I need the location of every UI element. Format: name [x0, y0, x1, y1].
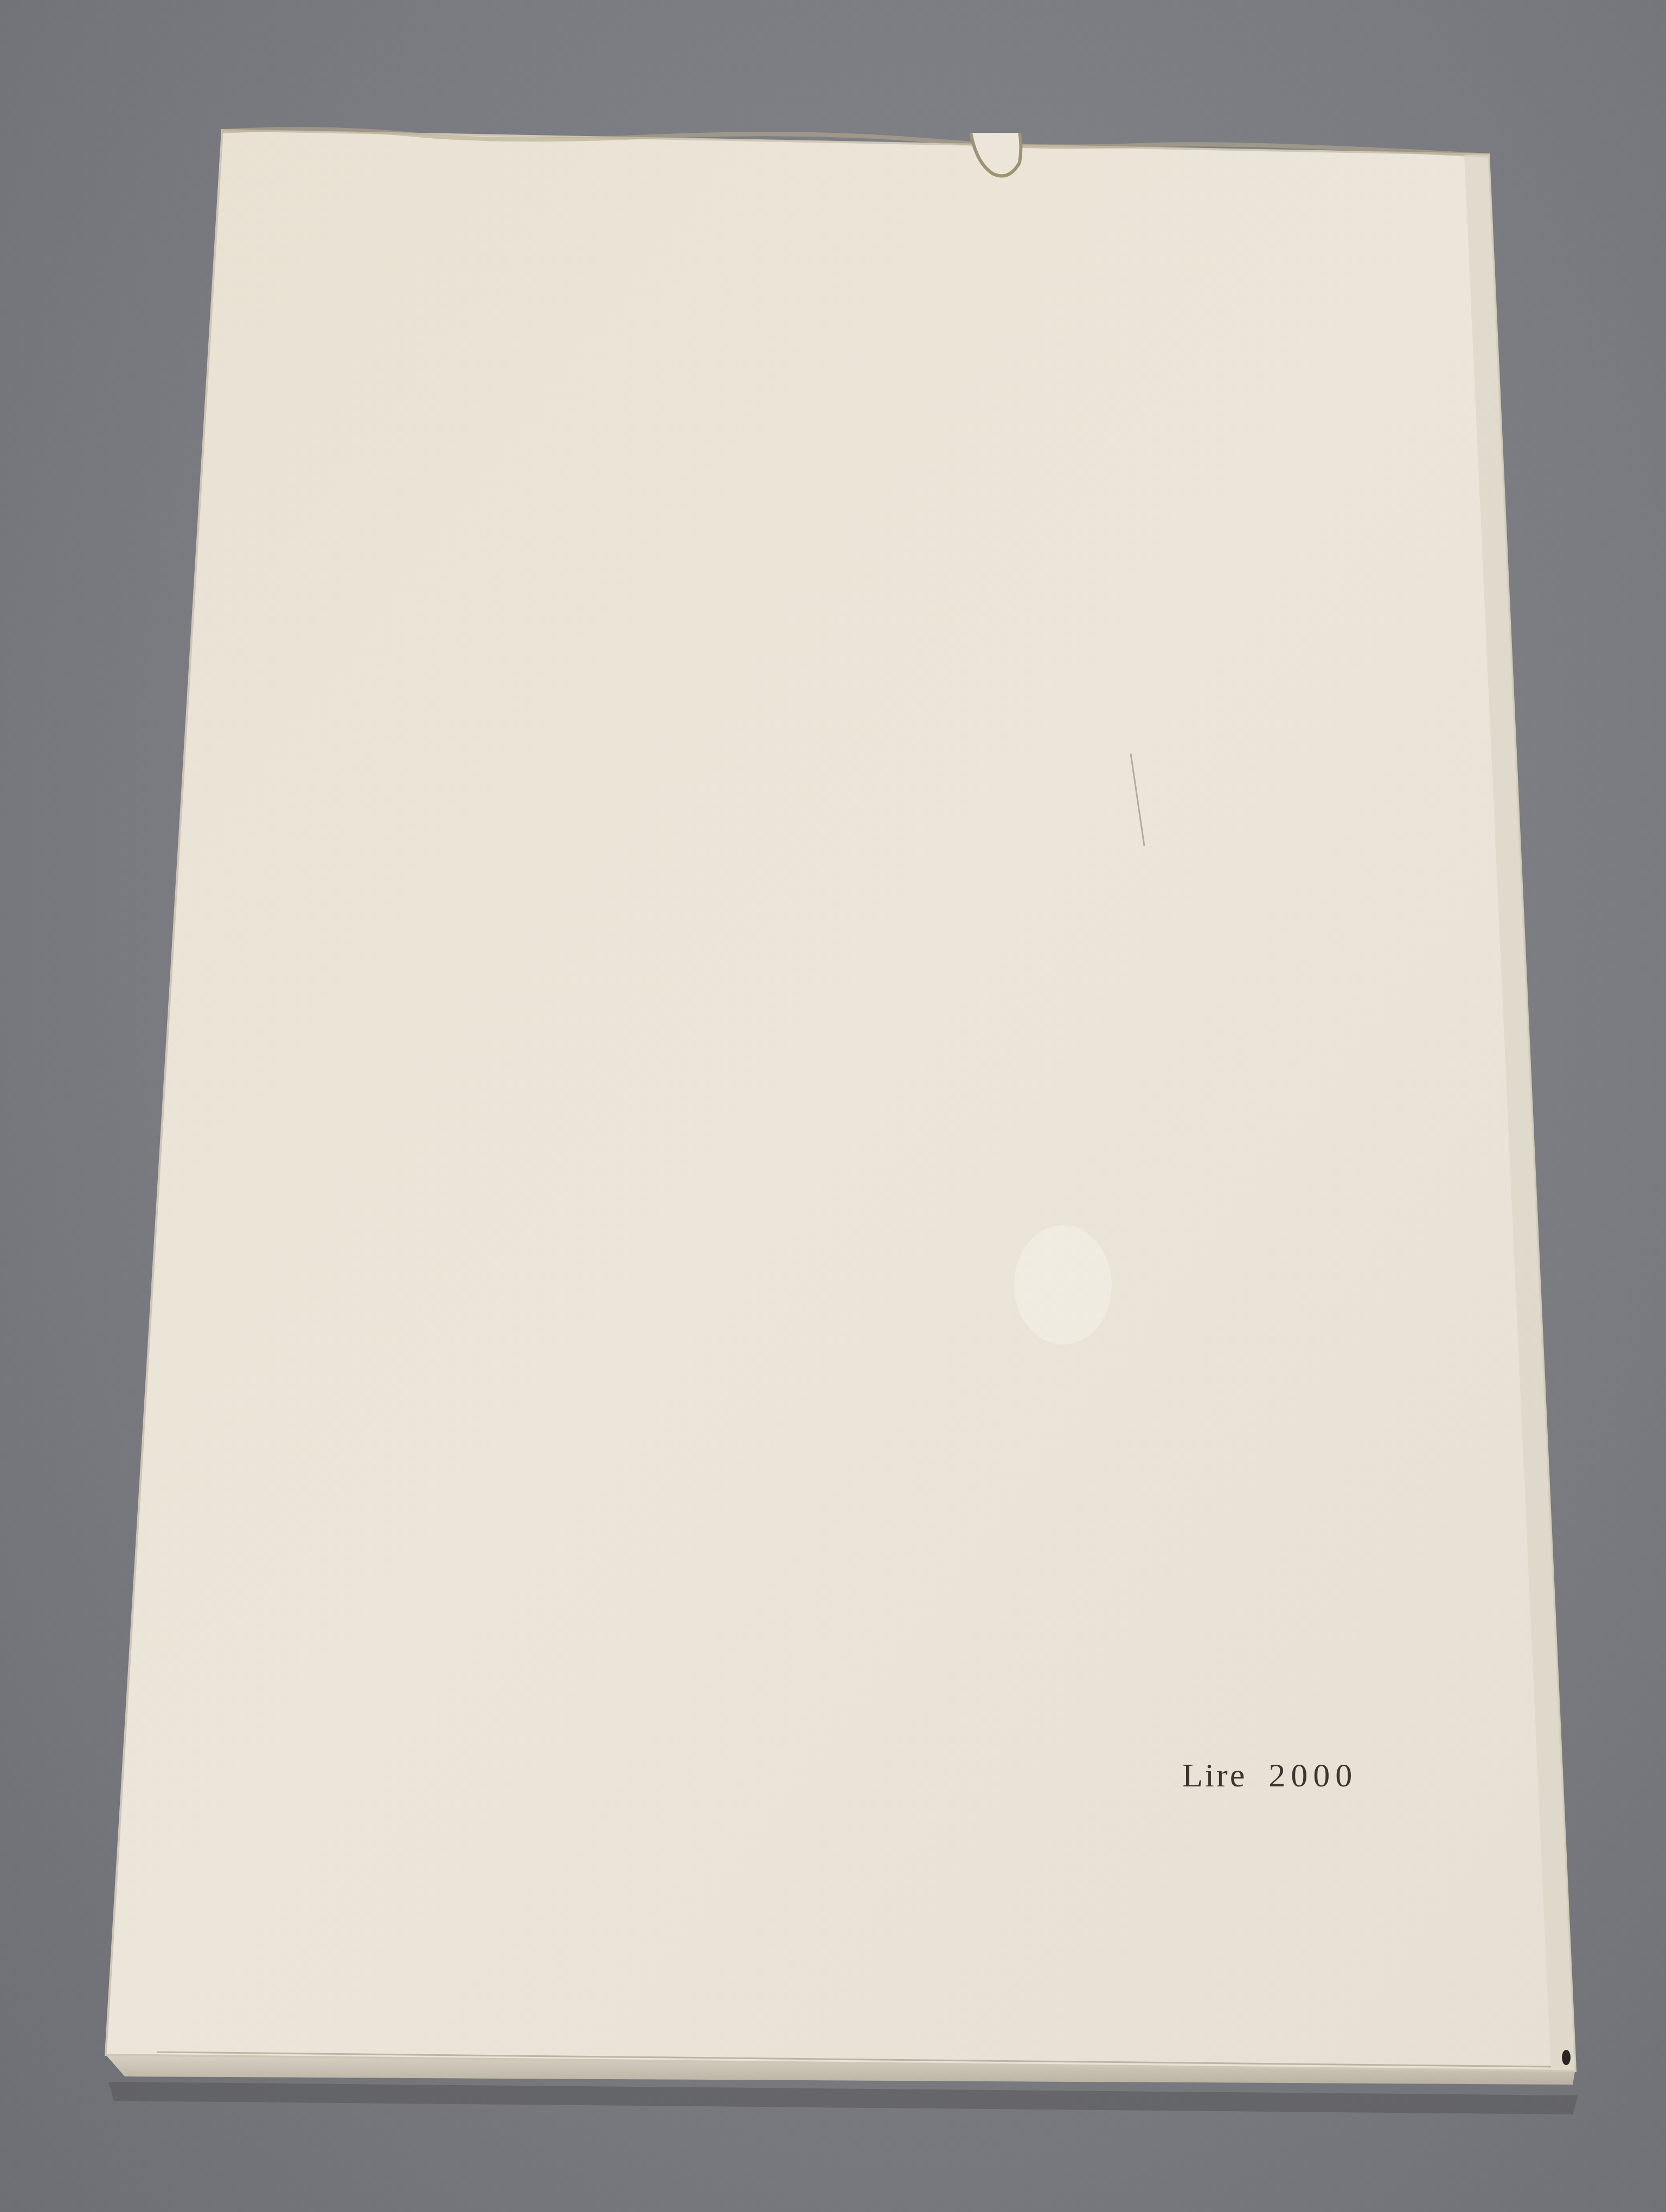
- price-label: Lire2000: [1182, 1757, 1357, 1795]
- book-shadow: [108, 2082, 1578, 2114]
- book-back-cover: [0, 0, 1666, 2212]
- currency-text: Lire: [1182, 1757, 1247, 1794]
- corner-hole: [1562, 2050, 1571, 2065]
- light-glare: [1014, 1225, 1112, 1345]
- price-value: 2000: [1268, 1757, 1357, 1794]
